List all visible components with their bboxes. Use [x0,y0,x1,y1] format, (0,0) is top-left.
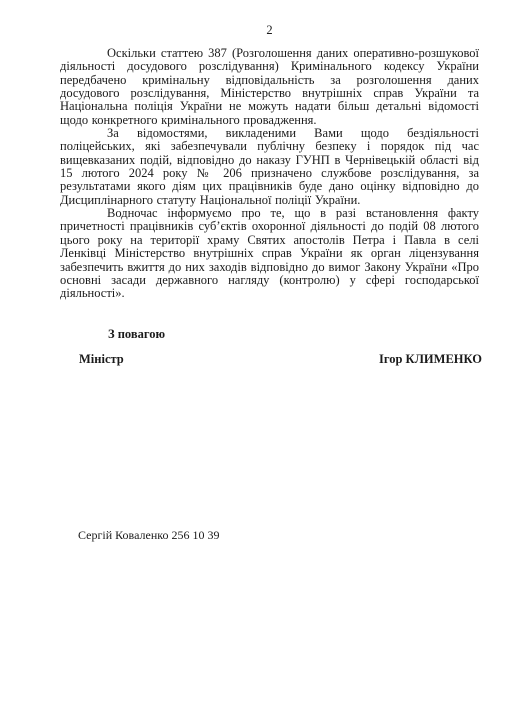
document-page: 2 Оскільки статтею 387 (Розголошення дан… [0,0,509,720]
page-number: 2 [60,24,479,37]
paragraph-criminal-code: Оскільки статтею 387 (Розголошення даних… [60,47,479,127]
paragraph-licensing-measures: Водночас інформуємо про те, що в разі вс… [60,207,479,300]
paragraph-internal-investigation: За відомостями, викладеними Вами щодо бе… [60,127,479,207]
signature-block: Міністр Ігор КЛИМЕНКО [79,353,482,366]
signer-name: Ігор КЛИМЕНКО [379,353,482,366]
signer-title: Міністр [79,353,124,366]
closing-salutation: З повагою [108,328,165,341]
letter-body: Оскільки статтею 387 (Розголошення даних… [60,47,479,301]
executor-contact-line: Сергій Коваленко 256 10 39 [78,529,219,542]
